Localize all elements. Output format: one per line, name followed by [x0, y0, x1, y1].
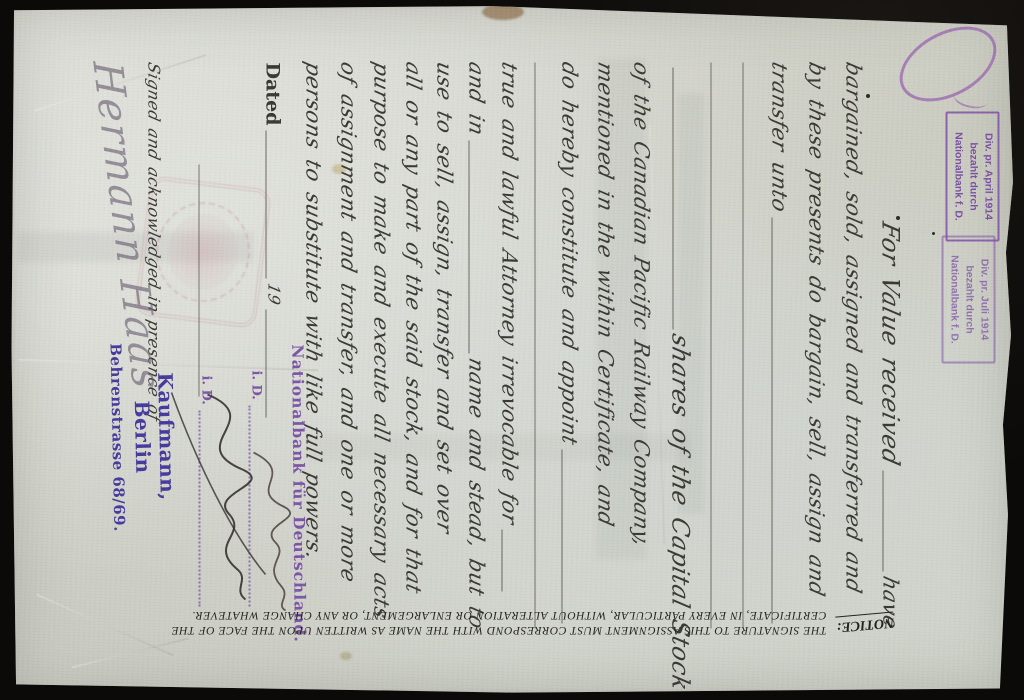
form-text: use to sell, assign, transfer and set ov… [433, 60, 457, 536]
form-line-6: shares of the Capital Stock [669, 63, 695, 629]
form-line-9: do hereby constitute and appoint [558, 63, 584, 629]
form-text: do hereby constitute and appoint [558, 60, 582, 448]
transfer-form: Div. pr. April 1914 bezahlt durch Nation… [21, 15, 1006, 687]
blank-rule [883, 470, 884, 571]
stamp-line: Div. pr. April 1914 [980, 118, 995, 236]
stamp-line: bezahlt durch [965, 118, 980, 236]
notice-line-1: THE SIGNATURE TO THIS ASSIGNMENT MUST CO… [171, 625, 826, 637]
form-line-2: bargained, sold, assigned and transferre… [842, 63, 868, 629]
stamp-line: Nationalbank f. D. [950, 118, 965, 236]
blank-rule [772, 217, 773, 623]
form-text: of the Canadian Pacific Railway Company, [630, 60, 654, 549]
blank-rule [469, 140, 470, 353]
agent-stamp-line2: Behrenstrasse 68/69. [106, 335, 128, 540]
date-blank-rule [266, 130, 267, 278]
form-line-13: use to sell, assign, transfer and set ov… [433, 63, 459, 629]
agent-stamp: Kaufmann, Berlin Behrenstrasse 68/69. [106, 334, 180, 540]
form-text: transfer unto [768, 60, 792, 215]
form-line-3: by these presents do bargain, sell, assi… [805, 63, 831, 629]
dividend-stamp-juli-1914: Div. pr. Juli 1914 bezahlt durch Nationa… [942, 236, 996, 364]
notice-label: NOTICE: [836, 612, 895, 635]
blank-rule [673, 68, 674, 330]
bank-officer-signature-2 [168, 375, 278, 605]
blank-rule-line [743, 63, 744, 629]
year-prefix: 19 [262, 281, 286, 308]
form-line-8: mentioned in the within Certificate, and [594, 63, 620, 629]
notice-bar: NOTICE: THE SIGNATURE TO THIS ASSIGNMENT… [170, 594, 894, 652]
form-line-1: For Value received have [879, 63, 905, 629]
blank-rule [502, 529, 503, 591]
agent-stamp-line1: Kaufmann, Berlin [128, 334, 180, 540]
blank-rule-line [711, 63, 712, 629]
stamp-line: Nationalbank f. D. [946, 242, 961, 358]
form-line-7: of the Canadian Pacific Railway Company, [630, 63, 656, 629]
form-line-14: all or any part of the said stock, and f… [402, 63, 428, 629]
paper-sheet: Div. pr. April 1914 bezahlt durch Nation… [10, 4, 1014, 694]
witness-rule [199, 165, 200, 397]
form-text: For Value received [879, 220, 903, 468]
stamp-line: bezahlt durch [961, 242, 976, 358]
stamp-line: Div. pr. Juli 1914 [976, 242, 991, 358]
form-line-4: transfer unto [768, 63, 794, 629]
form-text: name and stead, but to [465, 356, 489, 632]
form-line-16: of assignment and transfer, and one or m… [337, 63, 363, 629]
dated-label: Dated [262, 63, 284, 126]
form-text: mentioned in the within Certificate, and [594, 60, 618, 529]
form-text: all or any part of the said stock, and f… [402, 60, 426, 596]
form-line-15: purpose to make and execute all necessar… [370, 63, 396, 629]
form-line-11: true and lawful Attorney irrevocable for [498, 63, 524, 629]
form-text: bargained, sold, assigned and transferre… [842, 60, 866, 596]
form-text: of assignment and transfer, and one or m… [337, 60, 361, 585]
form-line-12: and in name and stead, but to [465, 63, 491, 629]
form-text: true and lawful Attorney irrevocable for [498, 60, 522, 527]
form-text: purpose to make and execute all necessar… [370, 60, 394, 622]
scanned-certificate-back: Div. pr. April 1914 bezahlt durch Nation… [0, 0, 1024, 700]
dividend-stamp-april-1914: Div. pr. April 1914 bezahlt durch Nation… [946, 112, 1000, 242]
notice-line-2: CERTIFICATE, IN EVERY PARTICULAR, WITHOU… [171, 610, 826, 622]
notice-lines: THE SIGNATURE TO THIS ASSIGNMENT MUST CO… [171, 610, 826, 637]
form-text: by these presents do bargain, sell, assi… [805, 60, 829, 599]
form-text: and in [465, 60, 489, 138]
blank-rule-line [535, 63, 536, 629]
